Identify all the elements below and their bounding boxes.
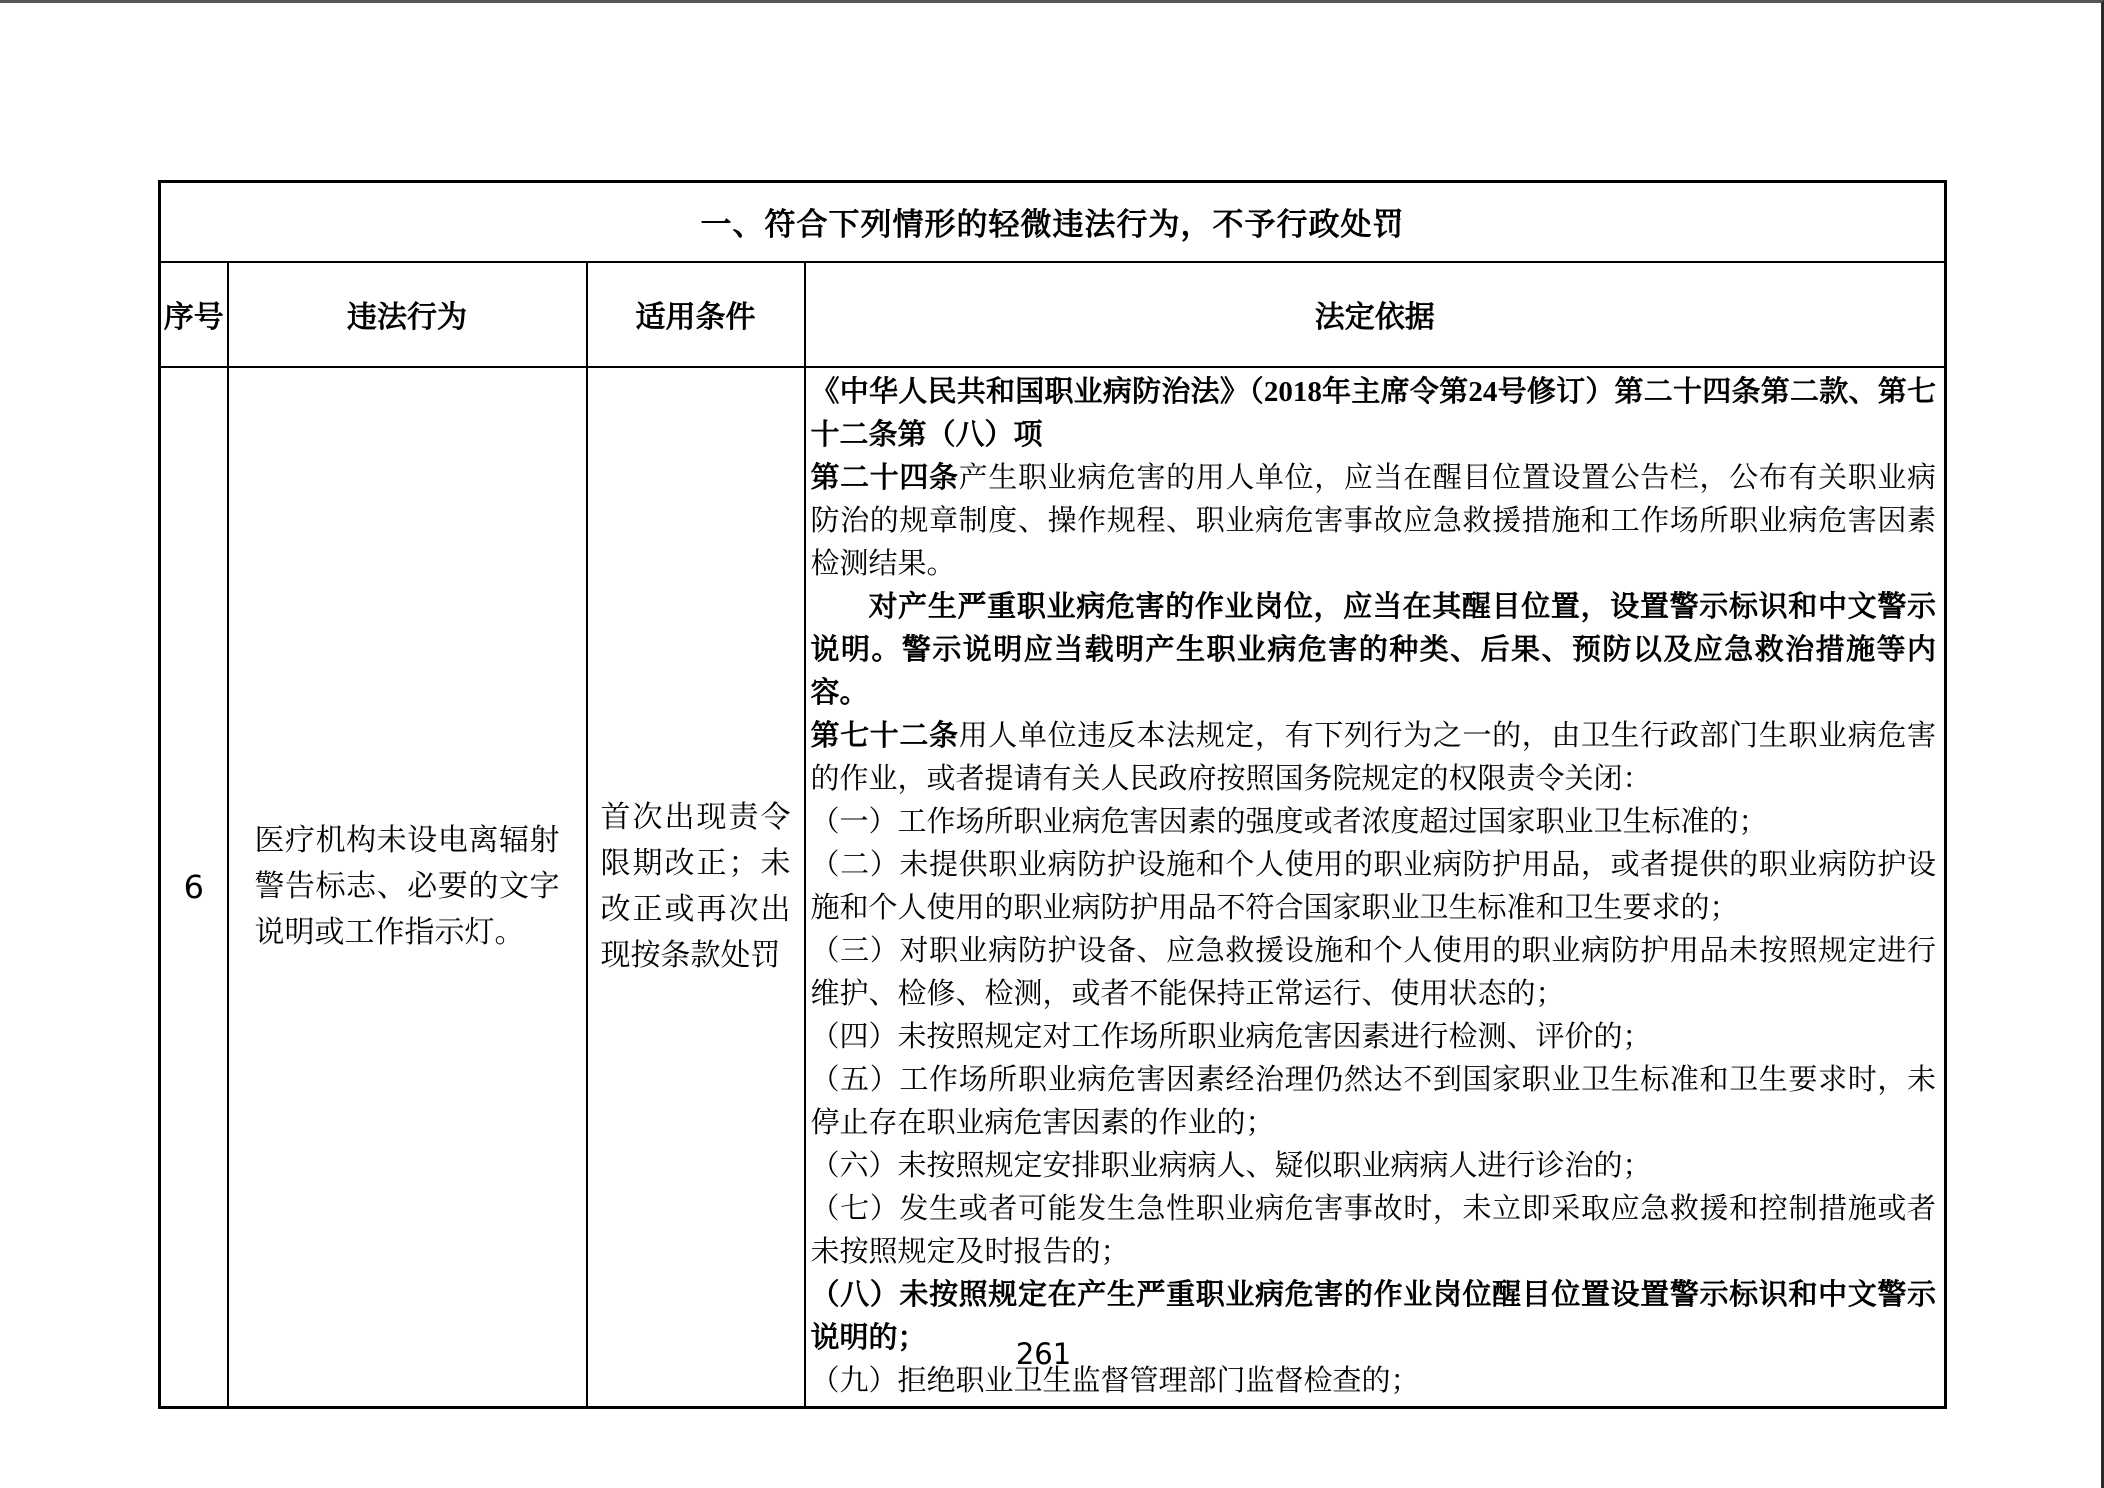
legal-basis-paragraph: 《中华人民共和国职业病防治法》（2018年主席令第24号修订）第二十四条第二款、… xyxy=(811,371,1937,457)
col-header-behavior: 违法行为 xyxy=(228,262,587,367)
col-header-index: 序号 xyxy=(160,262,228,367)
page-number: 261 xyxy=(0,1337,2087,1371)
row-index-number: 6 xyxy=(160,367,228,1408)
legal-basis-text: 《中华人民共和国职业病防治法》（2018年主席令第24号修订）第二十四条第二款、… xyxy=(811,371,1937,1403)
table-row: 6 医疗机构未设电离辐射警告标志、必要的文字说明或工作指示灯。 首次出现责令限期… xyxy=(160,367,1946,1408)
applicable-condition-text: 首次出现责令限期改正；未改正或再次出现按条款处罚 xyxy=(587,367,805,1408)
regulation-table: 一、符合下列情形的轻微违法行为，不予行政处罚 序号 违法行为 适用条件 法定依据… xyxy=(158,180,1947,1409)
legal-basis-paragraph: （三）对职业病防护设备、应急救援设施和个人使用的职业病防护用品未按照规定进行维护… xyxy=(811,930,1937,1016)
legal-basis-paragraph: （四）未按照规定对工作场所职业病危害因素进行检测、评价的； xyxy=(811,1016,1937,1059)
legal-basis-paragraph: （一）工作场所职业病危害因素的强度或者浓度超过国家职业卫生标准的； xyxy=(811,801,1937,844)
table-title: 一、符合下列情形的轻微违法行为，不予行政处罚 xyxy=(160,182,1946,262)
document-page: 一、符合下列情形的轻微违法行为，不予行政处罚 序号 违法行为 适用条件 法定依据… xyxy=(0,0,2104,1488)
col-header-basis: 法定依据 xyxy=(805,262,1946,367)
legal-basis-paragraph: 对产生严重职业病危害的作业岗位，应当在其醒目位置，设置警示标识和中文警示说明。警… xyxy=(811,586,1937,715)
illegal-behavior-text: 医疗机构未设电离辐射警告标志、必要的文字说明或工作指示灯。 xyxy=(228,367,587,1408)
legal-basis-paragraph: （五）工作场所职业病危害因素经治理仍然达不到国家职业卫生标准和卫生要求时，未停止… xyxy=(811,1059,1937,1145)
legal-basis-paragraph: （二）未提供职业病防护设施和个人使用的职业病防护用品，或者提供的职业病防护设施和… xyxy=(811,844,1937,930)
legal-basis-paragraph: 第七十二条用人单位违反本法规定，有下列行为之一的，由卫生行政部门生职业病危害的作… xyxy=(811,715,1937,801)
col-header-condition: 适用条件 xyxy=(587,262,805,367)
legal-basis-paragraph: 第二十四条产生职业病危害的用人单位，应当在醒目位置设置公告栏，公布有关职业病防治… xyxy=(811,457,1937,586)
legal-basis-paragraph: （六）未按照规定安排职业病病人、疑似职业病病人进行诊治的； xyxy=(811,1145,1937,1188)
legal-basis-paragraph: （七）发生或者可能发生急性职业病危害事故时，未立即采取应急救援和控制措施或者未按… xyxy=(811,1188,1937,1274)
